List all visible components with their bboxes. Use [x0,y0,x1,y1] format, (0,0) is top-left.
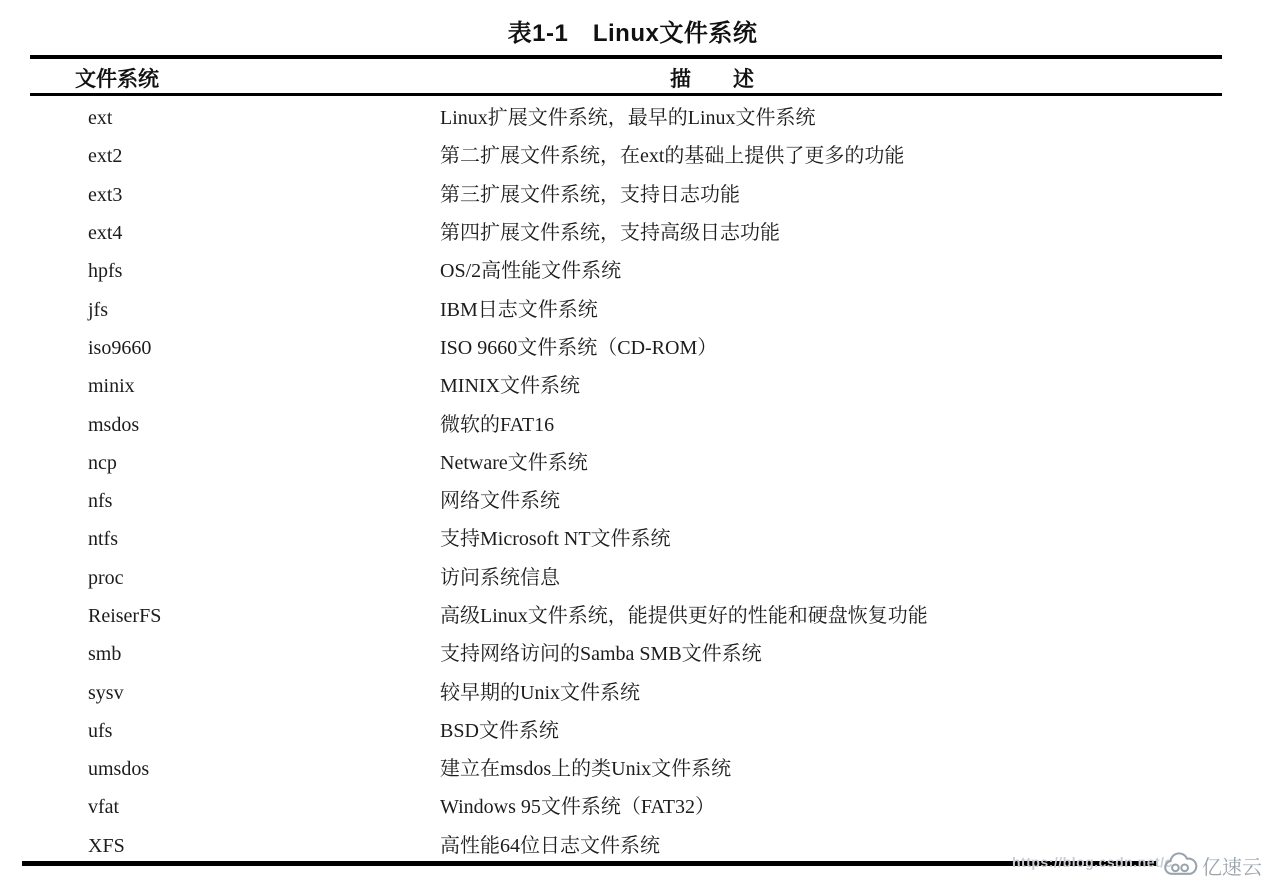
filesystem-cell: minix [0,376,352,396]
header-description: 描 述 [670,63,754,93]
watermark-brand: 亿速云 [1162,851,1262,880]
table-row: extLinux扩展文件系统，最早的Linux文件系统 [0,99,1265,137]
table-row: smb支持网络访问的Samba SMB文件系统 [0,635,1265,673]
description-cell: MINIX文件系统 [440,376,1265,396]
header-filesystem: 文件系统 [75,63,159,93]
table-row: ncpNetware文件系统 [0,444,1265,482]
description-cell: BSD文件系统 [440,721,1265,741]
filesystem-cell: ext2 [0,146,352,166]
filesystem-cell: nfs [0,491,352,511]
table-row: ext3第三扩展文件系统，支持日志功能 [0,176,1265,214]
table-row: nfs网络文件系统 [0,482,1265,520]
filesystem-cell: ntfs [0,529,352,549]
description-cell: Linux扩展文件系统，最早的Linux文件系统 [440,108,1265,128]
description-cell: ISO 9660文件系统（CD-ROM） [440,338,1265,358]
table-row: iso9660ISO 9660文件系统（CD-ROM） [0,329,1265,367]
table-body: extLinux扩展文件系统，最早的Linux文件系统ext2第二扩展文件系统，… [0,99,1265,865]
document-page: 表1-1 Linux文件系统 文件系统 描 述 extLinux扩展文件系统，最… [0,0,1265,886]
filesystem-cell: umsdos [0,759,352,779]
filesystem-cell: XFS [0,836,352,856]
table-row: ext2第二扩展文件系统，在ext的基础上提供了更多的功能 [0,137,1265,175]
table-row: msdos微软的FAT16 [0,405,1265,443]
watermark-url: https://blog.csdn.net/c [1012,854,1173,870]
table-row: minixMINIX文件系统 [0,367,1265,405]
table-row: vfatWindows 95文件系统（FAT32） [0,788,1265,826]
filesystem-cell: ext3 [0,185,352,205]
description-cell: 访问系统信息 [440,568,1265,588]
description-cell: IBM日志文件系统 [440,300,1265,320]
filesystem-cell: ext [0,108,352,128]
description-cell: 支持Microsoft NT文件系统 [440,529,1265,549]
table-row: ext4第四扩展文件系统，支持高级日志功能 [0,214,1265,252]
table-row: ntfs支持Microsoft NT文件系统 [0,520,1265,558]
description-cell: Netware文件系统 [440,453,1265,473]
description-cell: 第三扩展文件系统，支持日志功能 [440,185,1265,205]
yisu-cloud-logo-icon [1162,852,1199,879]
filesystem-cell: jfs [0,300,352,320]
filesystem-cell: smb [0,644,352,664]
description-cell: Windows 95文件系统（FAT32） [440,797,1265,817]
table-row: proc访问系统信息 [0,559,1265,597]
table-row: umsdos建立在msdos上的类Unix文件系统 [0,750,1265,788]
filesystem-cell: vfat [0,797,352,817]
table-title: 表1-1 Linux文件系统 [0,13,1265,48]
description-cell: 高性能64位日志文件系统 [440,836,1265,856]
description-cell: 网络文件系统 [440,491,1265,511]
table-header-row: 文件系统 描 述 [0,61,1265,91]
filesystem-cell: ReiserFS [0,606,352,626]
brand-name: 亿速云 [1202,851,1262,880]
header-rule [30,93,1222,96]
description-cell: 高级Linux文件系统，能提供更好的性能和硬盘恢复功能 [440,606,1265,626]
table-row: jfsIBM日志文件系统 [0,290,1265,328]
description-cell: 建立在msdos上的类Unix文件系统 [440,759,1265,779]
filesystem-cell: proc [0,568,352,588]
top-rule [30,55,1222,59]
filesystem-cell: ufs [0,721,352,741]
table-row: ufsBSD文件系统 [0,712,1265,750]
filesystem-cell: hpfs [0,261,352,281]
bottom-rule [22,861,1158,866]
table-row: sysv较早期的Unix文件系统 [0,673,1265,711]
description-cell: 支持网络访问的Samba SMB文件系统 [440,644,1265,664]
description-cell: OS/2高性能文件系统 [440,261,1265,281]
table-row: ReiserFS高级Linux文件系统，能提供更好的性能和硬盘恢复功能 [0,597,1265,635]
filesystem-cell: msdos [0,415,352,435]
filesystem-cell: iso9660 [0,338,352,358]
description-cell: 较早期的Unix文件系统 [440,683,1265,703]
description-cell: 第四扩展文件系统，支持高级日志功能 [440,223,1265,243]
filesystem-cell: ext4 [0,223,352,243]
description-cell: 第二扩展文件系统，在ext的基础上提供了更多的功能 [440,146,1265,166]
filesystem-cell: ncp [0,453,352,473]
description-cell: 微软的FAT16 [440,415,1265,435]
filesystem-cell: sysv [0,683,352,703]
table-row: hpfsOS/2高性能文件系统 [0,252,1265,290]
